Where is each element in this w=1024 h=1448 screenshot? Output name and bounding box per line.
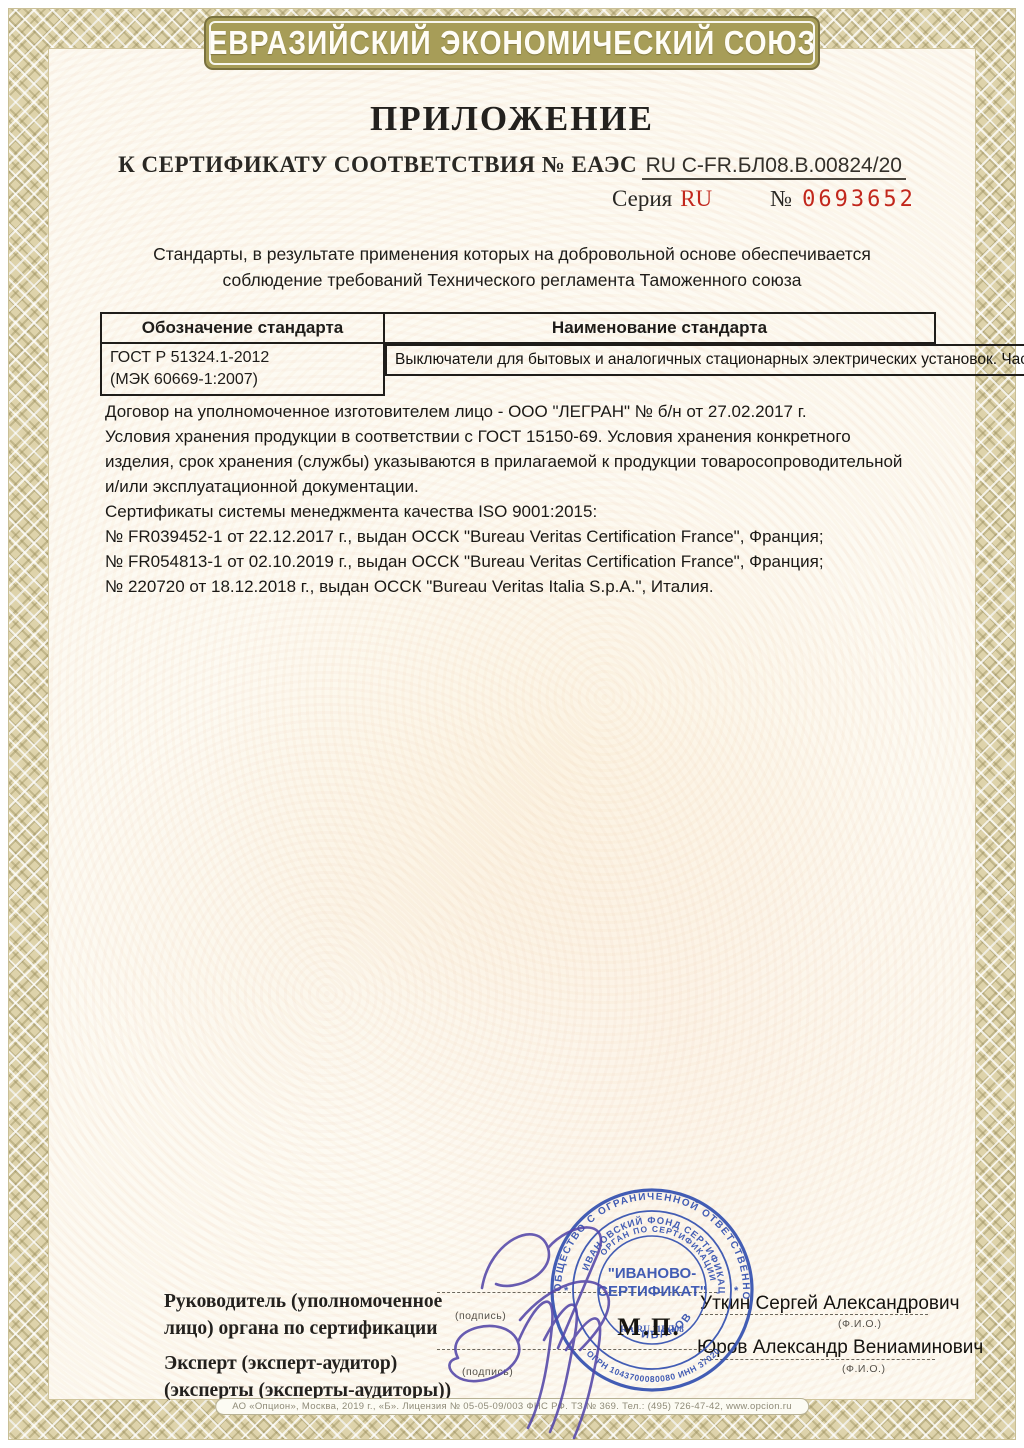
body-line-cert3: № 220720 от 18.12.2018 г., выдан ОССК "B… <box>105 574 913 599</box>
body-line-iso: Сертификаты системы менеджмента качества… <box>105 499 913 524</box>
blank-number-value: 0693652 <box>802 187 916 212</box>
column-header-designation: Обозначение стандарта <box>101 313 384 343</box>
body-line-cert1: № FR039452-1 от 22.12.2017 г., выдан ОСС… <box>105 524 913 549</box>
series-value: RU <box>680 186 712 211</box>
leader-label-line2: лицо) органа по сертификации <box>164 1315 442 1342</box>
body-text: Договор на уполномоченное изготовителем … <box>105 399 913 599</box>
mp-mark: М.П. <box>604 1314 694 1342</box>
blank-number-label: № <box>770 186 792 211</box>
standard-designation-line1: ГОСТ Р 51324.1-2012 <box>110 347 375 369</box>
body-line-contract: Договор на уполномоченное изготовителем … <box>105 399 913 424</box>
standards-table: Обозначение стандарта Наименование станд… <box>100 312 936 396</box>
fio-caption-2: (Ф.И.О.) <box>842 1363 885 1375</box>
banner-title: ЕВРАЗИЙСКИЙ ЭКОНОМИЧЕСКИЙ СОЮЗ <box>208 24 816 62</box>
expert-label: Эксперт (эксперт-аудитор) (эксперты (экс… <box>164 1350 451 1404</box>
series-line: СерияRU№0693652 <box>612 186 916 212</box>
body-line-cert2: № FR054813-1 от 02.10.2019 г., выдан ОСС… <box>105 549 913 574</box>
page-title: ПРИЛОЖЕНИЕ <box>0 99 1024 139</box>
stamp-texts: ОБЩЕСТВО С ОГРАНИЧЕННОЙ ОТВЕТСТВЕННОСТЬЮ… <box>553 1192 751 1385</box>
certification-stamp: ОБЩЕСТВО С ОГРАНИЧЕННОЙ ОТВЕТСТВЕННОСТЬЮ… <box>546 1184 758 1396</box>
body-line-storage: Условия хранения продукции в соответстви… <box>105 424 913 499</box>
leader-label-line1: Руководитель (уполномоченное <box>164 1288 442 1315</box>
signature-caption-1: (подпись) <box>455 1310 506 1322</box>
leader-label: Руководитель (уполномоченное лицо) орган… <box>164 1288 442 1342</box>
fio-caption-1: (Ф.И.О.) <box>838 1318 881 1330</box>
table-row: ГОСТ Р 51324.1-2012 (МЭК 60669-1:2007) В… <box>101 343 935 395</box>
stamp-star-left: * <box>564 1285 569 1297</box>
intro-paragraph: Стандарты, в результате применения котор… <box>82 241 942 293</box>
expert-label-line1: Эксперт (эксперт-аудитор) <box>164 1350 451 1377</box>
standard-designation-line2: (МЭК 60669-1:2007) <box>110 369 375 391</box>
printer-fineprint: АО «Опцион», Москва, 2019 г., «Б». Лицен… <box>215 1398 809 1415</box>
stamp-center-line1: "ИВАНОВО- <box>608 1265 696 1282</box>
certificate-page: ЕВРАЗИЙСКИЙ ЭКОНОМИЧЕСКИЙ СОЮЗ ПРИЛОЖЕНИ… <box>0 0 1024 1448</box>
signature-caption-2: (подпись) <box>462 1366 513 1378</box>
cell-standard-name: Выключатели для бытовых и аналогичных ст… <box>385 344 1024 376</box>
series-label: Серия <box>612 186 672 211</box>
stamp-star-right: * <box>734 1285 739 1297</box>
certificate-subtitle: К СЕРТИФИКАТУ СООТВЕТСТВИЯ № ЕАЭС RU C-F… <box>0 152 1024 178</box>
cell-standard-designation: ГОСТ Р 51324.1-2012 (МЭК 60669-1:2007) <box>101 343 384 395</box>
column-header-name: Наименование стандарта <box>384 313 935 343</box>
intro-line-2: соблюдение требований Технического регла… <box>82 267 942 293</box>
certificate-subtitle-label: К СЕРТИФИКАТУ СООТВЕТСТВИЯ № ЕАЭС <box>118 152 637 177</box>
eaeu-banner: ЕВРАЗИЙСКИЙ ЭКОНОМИЧЕСКИЙ СОЮЗ <box>204 16 820 70</box>
intro-line-1: Стандарты, в результате применения котор… <box>82 241 942 267</box>
stamp-center-line2: СЕРТИФИКАТ" <box>597 1283 707 1300</box>
certificate-number: RU C-FR.БЛ08.В.00824/20 <box>642 154 906 180</box>
table-header-row: Обозначение стандарта Наименование станд… <box>101 313 935 343</box>
